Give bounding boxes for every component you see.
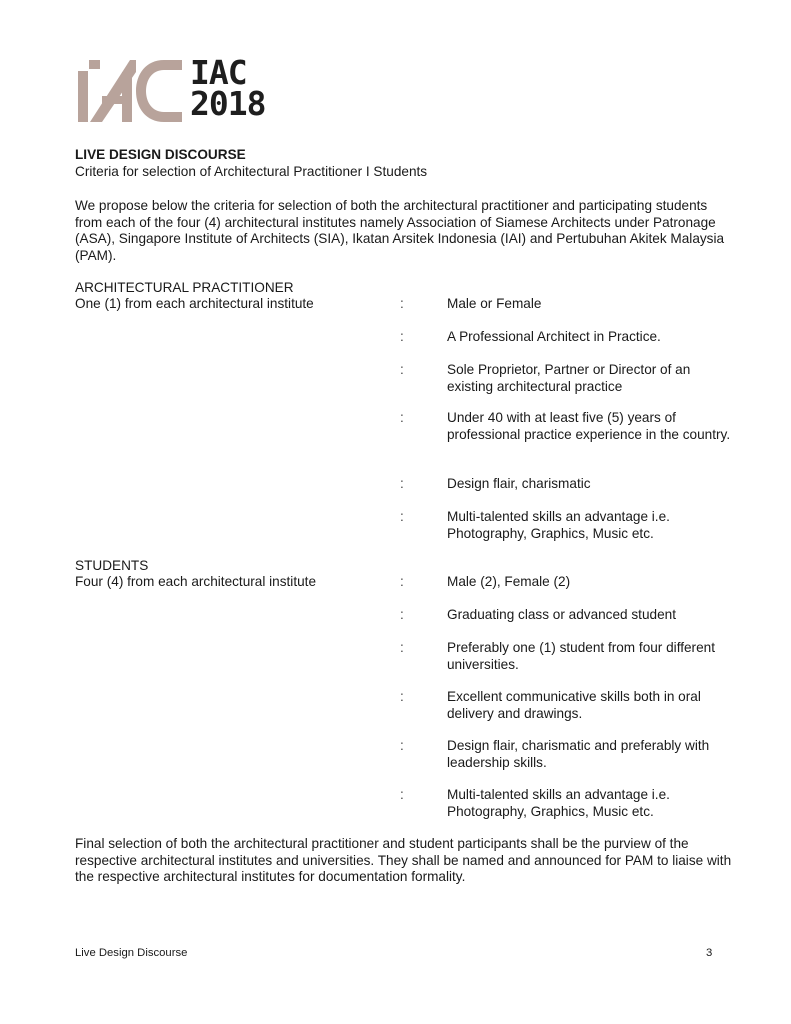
criteria-colon: : (400, 329, 404, 346)
page-number: 3 (706, 947, 712, 959)
criteria-text: Preferably one (1) student from four dif… (447, 640, 737, 673)
document-heading: LIVE DESIGN DISCOURSE (75, 147, 246, 162)
footer-title: Live Design Discourse (75, 947, 187, 959)
criteria-text: Male (2), Female (2) (447, 574, 737, 591)
criteria-colon: : (400, 574, 404, 591)
iac-logo-mark-icon (78, 58, 183, 124)
criteria-colon: : (400, 509, 404, 526)
criteria-colon: : (400, 410, 404, 427)
criteria-text: Design flair, charismatic (447, 476, 737, 493)
criteria-colon: : (400, 689, 404, 706)
document-subheading: Criteria for selection of Architectural … (75, 164, 427, 179)
criteria-text: Multi-talented skills an advantage i.e. … (447, 787, 737, 820)
logo-text-line2: 2018 (190, 88, 265, 119)
criteria-colon: : (400, 787, 404, 804)
practitioner-section-title: ARCHITECTURAL PRACTITIONER (75, 280, 294, 295)
logo-text: IAC 2018 (190, 57, 265, 119)
criteria-text: Design flair, charismatic and preferably… (447, 738, 737, 771)
criteria-text: Graduating class or advanced student (447, 607, 737, 624)
criteria-text: Sole Proprietor, Partner or Director of … (447, 362, 737, 395)
final-selection-paragraph: Final selection of both the architectura… (75, 836, 735, 886)
criteria-text: Excellent communicative skills both in o… (447, 689, 737, 722)
students-section-title: STUDENTS (75, 558, 148, 573)
criteria-colon: : (400, 738, 404, 755)
criteria-text: Male or Female (447, 296, 737, 313)
students-quota-label: Four (4) from each architectural institu… (75, 574, 316, 589)
intro-paragraph: We propose below the criteria for select… (75, 198, 725, 264)
criteria-colon: : (400, 607, 404, 624)
criteria-text: A Professional Architect in Practice. (447, 329, 737, 346)
criteria-text: Multi-talented skills an advantage i.e. … (447, 509, 737, 542)
iac-2018-logo: IAC 2018 (78, 58, 278, 126)
criteria-colon: : (400, 296, 404, 313)
criteria-colon: : (400, 362, 404, 379)
practitioner-quota-label: One (1) from each architectural institut… (75, 296, 314, 311)
criteria-colon: : (400, 640, 404, 657)
criteria-text: Under 40 with at least five (5) years of… (447, 410, 737, 443)
criteria-colon: : (400, 476, 404, 493)
